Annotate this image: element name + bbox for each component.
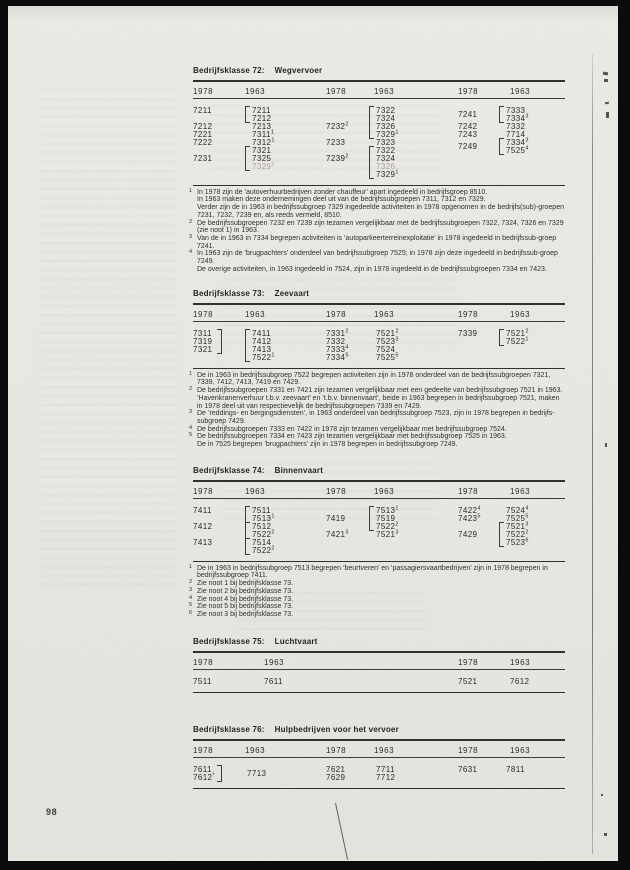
- code-entry: 74213: [326, 531, 348, 539]
- bedrijfsklasse-section: Bedrijfsklasse 73:Zeevaart19781963197819…: [193, 289, 565, 449]
- code-entry: 75254: [506, 147, 528, 155]
- footnote-marker: 2: [525, 328, 528, 334]
- footnote-marker: 1: [271, 137, 274, 143]
- code-entry: 75221: [252, 354, 274, 362]
- code-entry: 73345: [326, 354, 348, 362]
- year-header: 1978: [193, 746, 213, 755]
- code-entry: 7241: [458, 111, 477, 119]
- scan-speck: [606, 112, 609, 118]
- table-body: 7311731973217411741274137522173312733273…: [193, 322, 565, 368]
- page-fold-line: [592, 54, 593, 854]
- section-name: Binnenvaart: [275, 466, 323, 475]
- footnotes: 1In 1978 zijn de ’autoverhuurbedrijven z…: [188, 189, 565, 274]
- code-entry: 7419: [326, 515, 345, 523]
- table-bottom-rule: [193, 561, 565, 562]
- code-entry: 7521: [458, 678, 477, 686]
- year-header: 1978: [326, 87, 346, 96]
- bedrijfsklasse-section: Bedrijfsklasse 76:Hulpbedrijven voor het…: [193, 725, 565, 789]
- table-body: 7511761175217612: [193, 670, 565, 692]
- code-entry: 7211: [193, 107, 212, 115]
- code-entry: 7413: [193, 539, 212, 547]
- section-name: Wegvervoer: [275, 66, 323, 75]
- footnote-text: In 1963 maken deze ondernemingen deel ui…: [197, 196, 565, 204]
- section-heading: Bedrijfsklasse 73:Zeevaart: [193, 289, 565, 299]
- footnotes: 1De in 1963 in bedrijfssubgroep 7522 beg…: [188, 372, 565, 449]
- year-header: 1978: [193, 487, 213, 496]
- code-entry: 72392: [326, 155, 348, 163]
- footnote-marker: 3: [525, 137, 528, 143]
- code-entry: 7612*: [193, 774, 215, 782]
- footnote-text: De overige activiteiten, in 1963 ingedee…: [197, 266, 565, 274]
- heading-rule: [193, 480, 565, 482]
- footnote-marker: 1: [271, 129, 274, 135]
- footnote: 2De bedrijfssubgroepen 7331 en 7421 zijn…: [188, 387, 565, 410]
- page-number: 98: [46, 807, 57, 817]
- code-entry: 7243: [458, 131, 477, 139]
- scan-speck: [604, 79, 608, 82]
- year-header: 1978: [458, 658, 478, 667]
- footnote-marker: 5: [189, 602, 192, 610]
- footnote-text: Zie noot 5 bij bedrijfsklasse 73.: [197, 603, 565, 611]
- section-klasse-label: Bedrijfsklasse 76:: [193, 725, 265, 734]
- footnote-marker: 6: [189, 610, 192, 618]
- section-name: Hulpbedrijven voor het vervoer: [275, 725, 399, 734]
- footnote-text: Van de in 1963 in 7334 begrepen activite…: [197, 235, 565, 250]
- scanned-page: Bedrijfsklasse 72:Wegvervoer197819631978…: [8, 6, 618, 861]
- year-header: 1978: [326, 487, 346, 496]
- code-entry: 7429: [458, 531, 477, 539]
- left-bracket: [369, 146, 374, 179]
- footnote-marker: 3: [189, 234, 192, 242]
- left-bracket: [245, 506, 250, 523]
- section-klasse-label: Bedrijfsklasse 74:: [193, 466, 265, 475]
- footnote: 1De in 1963 in bedrijfssubgroep 7513 beg…: [188, 565, 565, 580]
- footnote: 2Zie noot 1 bij bedrijfsklasse 73.: [188, 580, 565, 588]
- year-header: 1963: [510, 87, 530, 96]
- table-body: 76117612*7713762176297711771276317811: [193, 758, 565, 788]
- footnote-marker: 3: [525, 113, 528, 119]
- left-bracket: [245, 146, 250, 171]
- scratch-artifact: [335, 803, 348, 860]
- footnote-marker: 4: [189, 425, 192, 433]
- heading-rule: [193, 651, 565, 653]
- code-entry: 7339: [458, 330, 477, 338]
- left-bracket: [245, 522, 250, 539]
- section-name: Zeevaart: [275, 289, 310, 298]
- footnote: 2De bedrijfssubgroepen 7232 en 7239 zijn…: [188, 220, 565, 235]
- year-header: 1978: [326, 310, 346, 319]
- year-header: 1963: [374, 746, 394, 755]
- footnote: 5Zie noot 5 bij bedrijfsklasse 73.: [188, 603, 565, 611]
- footnote-text: Zie noot 4 bij bedrijfsklasse 73.: [197, 596, 565, 604]
- footnote-text: Zie noot 1 bij bedrijfsklasse 73.: [197, 580, 565, 588]
- footnote-marker: 2: [345, 328, 348, 334]
- year-header: 1978: [458, 487, 478, 496]
- footnotes: 1De in 1963 in bedrijfssubgroep 7513 beg…: [188, 565, 565, 619]
- section-klasse-label: Bedrijfsklasse 73:: [193, 289, 265, 298]
- footnote-marker: 4: [345, 344, 348, 350]
- year-header: 1963: [374, 310, 394, 319]
- table-bottom-rule: [193, 185, 565, 186]
- footnote-marker: 1: [525, 336, 528, 342]
- left-bracket: [499, 106, 504, 123]
- footnote-marker: 1: [395, 169, 398, 175]
- footnote: 3Zie noot 2 bij bedrijfsklasse 73.: [188, 588, 565, 596]
- year-header: 1978: [193, 658, 213, 667]
- footnote-marker: 4: [525, 145, 528, 151]
- footnote-marker: *: [212, 772, 214, 778]
- footnote-text: De bedrijfssubgroepen 7232 en 7239 zijn …: [197, 220, 565, 235]
- year-header: 1963: [510, 746, 530, 755]
- footnote-text: De in 7525 begrepen ’brugpachters’ zijn …: [197, 441, 565, 449]
- footnote-marker: 3: [189, 587, 192, 595]
- year-header: 1963: [510, 487, 530, 496]
- code-entry: 7231: [193, 155, 212, 163]
- year-header-row: 197819631978196319781963: [193, 309, 565, 321]
- footnote-marker: 3: [189, 409, 192, 417]
- year-header: 1963: [374, 487, 394, 496]
- year-header: 1963: [245, 487, 265, 496]
- footnote-marker: 4: [525, 505, 528, 511]
- year-header: 1963: [245, 87, 265, 96]
- year-header-row: 197819631978196319781963: [193, 86, 565, 98]
- code-entry: 7611: [264, 678, 283, 686]
- year-header-row: 197819631978196319781963: [193, 486, 565, 498]
- footnote-marker: 2: [345, 121, 348, 127]
- right-bracket: [217, 765, 222, 782]
- scanned-document: { "page": { "number": "98", "ink": "#262…: [0, 0, 630, 870]
- footnote-marker: 3: [395, 529, 398, 535]
- year-header: 1978: [458, 310, 478, 319]
- scan-speck: [603, 72, 608, 76]
- year-header: 1978: [193, 310, 213, 319]
- footnote-marker: 1: [189, 564, 192, 572]
- footnote-marker: 2: [345, 153, 348, 159]
- footnote: 3De ’reddings- en bergingsdiensten’, in …: [188, 410, 565, 425]
- left-bracket: [499, 522, 504, 547]
- code-entry: 74235: [458, 515, 480, 523]
- footnote-marker: 2: [189, 579, 192, 587]
- footnote: 1De in 1963 in bedrijfssubgroep 7522 beg…: [188, 372, 565, 387]
- code-entry: 73291: [252, 163, 274, 171]
- bedrijfsklasse-section: Bedrijfsklasse 74:Binnenvaart19781963197…: [193, 466, 565, 619]
- year-header: 1963: [264, 658, 284, 667]
- left-bracket: [369, 506, 374, 531]
- section-heading: Bedrijfsklasse 76:Hulpbedrijven voor het…: [193, 725, 565, 735]
- footnote-marker: 5: [395, 352, 398, 358]
- code-entry: 7321: [193, 346, 212, 354]
- footnote-marker: 2: [525, 529, 528, 535]
- bleed-through: [38, 86, 178, 586]
- year-header: 1978: [458, 87, 478, 96]
- code-entry: 7712: [376, 774, 395, 782]
- scan-speck: [605, 102, 609, 105]
- section-heading: Bedrijfsklasse 75:Luchtvaart: [193, 637, 565, 647]
- year-header: 1978: [193, 87, 213, 96]
- footnote-marker: 1: [395, 129, 398, 135]
- footnote-marker: 1: [271, 161, 274, 167]
- code-entry: 7511: [193, 678, 212, 686]
- year-header-row: 1978196319781963: [193, 657, 565, 669]
- table-bottom-rule: [193, 368, 565, 369]
- section-heading: Bedrijfsklasse 74:Binnenvaart: [193, 466, 565, 476]
- footnote-marker: 4: [477, 505, 480, 511]
- footnote-text: De bedrijfssubgroepen 7334 en 7423 zijn …: [197, 433, 565, 441]
- footnote-text: De in 1963 in bedrijfssubgroep 7513 begr…: [197, 565, 565, 580]
- year-header-row: 197819631978196319781963: [193, 745, 565, 757]
- section-name: Luchtvaart: [275, 637, 318, 646]
- left-bracket: [499, 138, 504, 155]
- footnote-marker: 4: [189, 595, 192, 603]
- footnote-marker: 2: [271, 545, 274, 551]
- code-entry: 7249: [458, 143, 477, 151]
- footnote-marker: 4: [189, 249, 192, 257]
- left-bracket: [499, 329, 504, 346]
- footnote-text: Zie noot 3 bij bedrijfsklasse 73.: [197, 611, 565, 619]
- table-bottom-rule: [193, 692, 565, 693]
- footnote-marker: 2: [395, 521, 398, 527]
- footnote-text: In 1978 zijn de ’autoverhuurbedrijven zo…: [197, 189, 565, 197]
- footnote-marker: 6: [525, 537, 528, 543]
- footnote-marker: 2: [189, 219, 192, 227]
- footnote-text: In 1963 zijn de ’brugpachters’ onderdeel…: [197, 250, 565, 265]
- footnote-marker: 1: [189, 371, 192, 379]
- footnote-text: Zie noot 2 bij bedrijfsklasse 73.: [197, 588, 565, 596]
- heading-rule: [193, 303, 565, 305]
- footnote-marker: 5: [345, 352, 348, 358]
- footnote: 4De bedrijfssubgroepen 7333 en 7422 in 1…: [188, 426, 565, 434]
- footnote: 5De bedrijfssubgroepen 7334 en 7423 zijn…: [188, 433, 565, 448]
- footnote-text: De in 1963 in bedrijfssubgroep 7522 begr…: [197, 372, 565, 387]
- left-bracket: [245, 329, 250, 362]
- code-entry: 7411: [193, 507, 212, 515]
- footnote-marker: 1: [395, 505, 398, 511]
- footnote-text: De bedrijfssubgroepen 7331 en 7421 zijn …: [197, 387, 565, 410]
- heading-rule: [193, 739, 565, 741]
- code-entry: 7412: [193, 523, 212, 531]
- footnote-marker: 1: [271, 352, 274, 358]
- footnote-marker: 3: [345, 529, 348, 535]
- footnote-text: De ’reddings- en bergingsdiensten’, in 1…: [197, 410, 565, 425]
- scan-speck: [604, 833, 607, 836]
- year-header: 1963: [245, 310, 265, 319]
- code-entry: 7612: [510, 678, 529, 686]
- left-bracket: [369, 106, 374, 139]
- footnote: 1In 1978 zijn de ’autoverhuurbedrijven z…: [188, 189, 565, 220]
- code-entry: 72322: [326, 123, 348, 131]
- year-header: 1963: [510, 310, 530, 319]
- table-body: 7411741274137511751317512752227514752227…: [193, 499, 565, 561]
- code-entry: 7233: [326, 139, 345, 147]
- code-entry: 7631: [458, 766, 477, 774]
- footnote-marker: 5: [525, 513, 528, 519]
- year-header: 1963: [374, 87, 394, 96]
- footnote-marker: 2: [395, 328, 398, 334]
- footnote: 4Zie noot 4 bij bedrijfsklasse 73.: [188, 596, 565, 604]
- footnote: 3Van de in 1963 in 7334 begrepen activit…: [188, 235, 565, 250]
- footnote-text: Verder zijn de in 1963 in bedrijfssubgro…: [197, 204, 565, 219]
- year-header: 1963: [245, 746, 265, 755]
- table-body: 7211721272217222723172117212721373111731…: [193, 99, 565, 185]
- heading-rule: [193, 80, 565, 82]
- scan-speck: [601, 794, 603, 796]
- footnote-marker: 5: [189, 432, 192, 440]
- section-heading: Bedrijfsklasse 72:Wegvervoer: [193, 66, 565, 76]
- year-header: 1978: [458, 746, 478, 755]
- footnote-marker: 1: [189, 188, 192, 196]
- bedrijfsklasse-section: Bedrijfsklasse 72:Wegvervoer197819631978…: [193, 66, 565, 273]
- footnote-marker: 3: [395, 336, 398, 342]
- scan-speck: [605, 443, 607, 447]
- footnote-marker: 1: [271, 513, 274, 519]
- left-bracket: [245, 538, 250, 555]
- section-klasse-label: Bedrijfsklasse 72:: [193, 66, 265, 75]
- footnote-marker: 3: [525, 521, 528, 527]
- right-bracket: [217, 329, 222, 354]
- code-entry: 75221: [506, 338, 528, 346]
- left-bracket: [245, 106, 250, 123]
- table-bottom-rule: [193, 788, 565, 789]
- code-entry: 75213: [376, 531, 398, 539]
- code-entry: 7713: [247, 770, 266, 778]
- section-klasse-label: Bedrijfsklasse 75:: [193, 637, 265, 646]
- code-entry: 75236: [506, 539, 528, 547]
- year-header: 1978: [326, 746, 346, 755]
- code-entry: 73291: [376, 171, 398, 179]
- code-entry: 7811: [506, 766, 525, 774]
- footnote-text: De bedrijfssubgroepen 7333 en 7422 in 19…: [197, 426, 565, 434]
- bedrijfsklasse-section: Bedrijfsklasse 75:Luchtvaart197819631978…: [193, 637, 565, 693]
- footnote-marker: 5: [477, 513, 480, 519]
- footnote: 6Zie noot 3 bij bedrijfsklasse 73.: [188, 611, 565, 619]
- code-entry: 7629: [326, 774, 345, 782]
- footnote-marker: 2: [271, 529, 274, 535]
- code-entry: 7222: [193, 139, 212, 147]
- code-entry: 75255: [376, 354, 398, 362]
- footnote: 4In 1963 zijn de ’brugpachters’ onderdee…: [188, 250, 565, 273]
- footnote-marker: 2: [189, 386, 192, 394]
- code-entry: 75222: [252, 547, 274, 555]
- year-header: 1963: [510, 658, 530, 667]
